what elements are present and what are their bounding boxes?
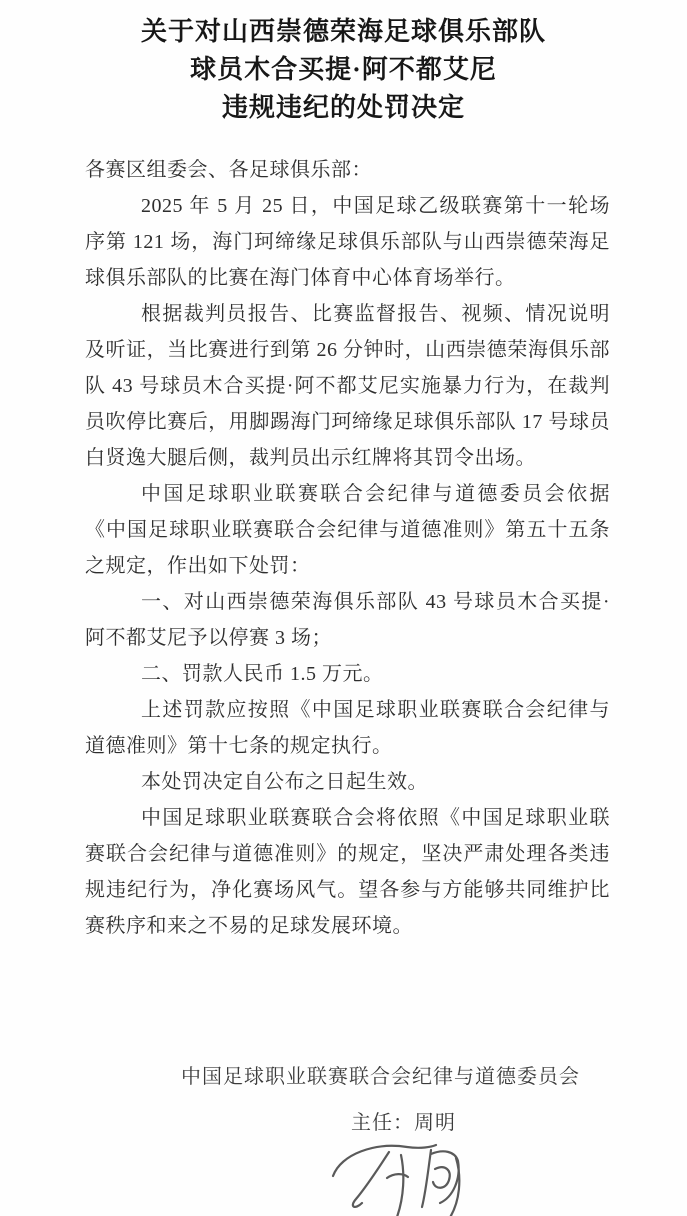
paragraph-effective-date: 本处罚决定自公布之日起生效。 <box>85 764 610 800</box>
signature-block: 中国足球职业联赛联合会纪律与道德委员会 主任：周明 <box>0 1062 687 1216</box>
signature-handwriting <box>62 1140 687 1216</box>
paragraph-match-info: 2025 年 5 月 25 日，中国足球乙级联赛第十一轮场序第 121 场，海门… <box>85 188 610 296</box>
document-body: 各赛区组委会、各足球俱乐部： 2025 年 5 月 25 日，中国足球乙级联赛第… <box>85 152 610 944</box>
document-page: 关于对山西崇德荣海足球俱乐部队 球员木合买提·阿不都艾尼 违规违纪的处罚决定 各… <box>0 0 687 1216</box>
paragraph-closing: 中国足球职业联赛联合会将依照《中国足球职业联赛联合会纪律与道德准则》的规定，坚决… <box>85 800 610 944</box>
paragraph-penalty-1: 一、对山西崇德荣海俱乐部队 43 号球员木合买提·阿不都艾尼予以停赛 3 场； <box>85 584 610 656</box>
document-title-line-3: 违规违纪的处罚决定 <box>0 89 687 127</box>
document-title-line-1: 关于对山西崇德荣海足球俱乐部队 <box>0 13 687 51</box>
issuer-line: 中国足球职业联赛联合会纪律与道德委员会 <box>37 1062 687 1092</box>
paragraph-ruling-basis: 中国足球职业联赛联合会纪律与道德委员会依据《中国足球职业联赛联合会纪律与道德准则… <box>85 476 610 584</box>
document-title-line-2: 球员木合买提·阿不都艾尼 <box>0 51 687 89</box>
paragraph-fine-execution: 上述罚款应按照《中国足球职业联赛联合会纪律与道德准则》第十七条的规定执行。 <box>85 692 610 764</box>
document-title: 关于对山西崇德荣海足球俱乐部队 球员木合买提·阿不都艾尼 违规违纪的处罚决定 <box>0 13 687 127</box>
paragraph-incident: 根据裁判员报告、比赛监督报告、视频、情况说明及听证，当比赛进行到第 26 分钟时… <box>85 296 610 476</box>
signer-line: 主任：周明 <box>60 1108 687 1138</box>
salutation: 各赛区组委会、各足球俱乐部： <box>85 152 610 188</box>
paragraph-penalty-2: 二、罚款人民币 1.5 万元。 <box>85 656 610 692</box>
